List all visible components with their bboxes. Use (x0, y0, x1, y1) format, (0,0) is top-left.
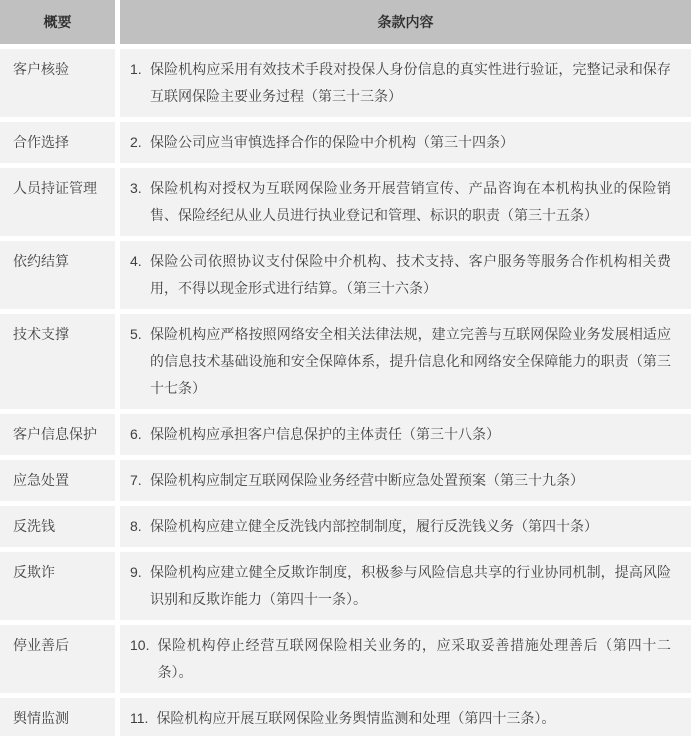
content-cell: 9. 保险机构应建立健全反欺诈制度，积极参与风险信息共享的行业协同机制，提高风险… (120, 552, 691, 620)
header-summary: 概要 (0, 0, 115, 44)
content-cell: 6. 保险机构应承担客户信息保护的主体责任（第三十八条） (120, 414, 691, 455)
content-cell: 11. 保险机构应开展互联网保险业务舆情监测和处理（第四十三条）。 (120, 698, 691, 736)
item-text: 保险公司应当审慎选择合作的保险中介机构（第三十四条） (150, 129, 671, 156)
table-header-row: 概要 条款内容 (0, 0, 691, 44)
table-row: 客户信息保护 6. 保险机构应承担客户信息保护的主体责任（第三十八条） (0, 414, 691, 455)
summary-cell: 合作选择 (0, 122, 115, 163)
item-text: 保险公司依照协议支付保险中介机构、技术支持、客户服务等服务合作机构相关费用，不得… (150, 248, 671, 302)
summary-cell: 人员持证管理 (0, 168, 115, 236)
header-content: 条款内容 (120, 0, 691, 44)
item-number: 11. (130, 705, 148, 732)
item-number: 4. (130, 248, 142, 275)
item-number: 1. (130, 56, 142, 83)
item-number: 10. (130, 632, 149, 659)
summary-cell: 客户核验 (0, 49, 115, 117)
item-text: 保险机构应严格按照网络安全相关法律法规，建立完善与互联网保险业务发展相适应的信息… (150, 321, 671, 402)
table-row: 合作选择 2. 保险公司应当审慎选择合作的保险中介机构（第三十四条） (0, 122, 691, 163)
item-text: 保险机构停止经营互联网保险相关业务的，应采取妥善措施处理善后（第四十二条）。 (157, 632, 671, 686)
table-row: 应急处置 7. 保险机构应制定互联网保险业务经营中断应急处置预案（第三十九条） (0, 460, 691, 501)
item-text: 保险机构应承担客户信息保护的主体责任（第三十八条） (150, 421, 671, 448)
content-cell: 10. 保险机构停止经营互联网保险相关业务的，应采取妥善措施处理善后（第四十二条… (120, 625, 691, 693)
content-cell: 5. 保险机构应严格按照网络安全相关法律法规，建立完善与互联网保险业务发展相适应… (120, 314, 691, 409)
table-row: 客户核验 1. 保险机构应采用有效技术手段对投保人身份信息的真实性进行验证，完整… (0, 49, 691, 117)
summary-cell: 反洗钱 (0, 506, 115, 547)
item-text: 保险机构应建立健全反欺诈制度，积极参与风险信息共享的行业协同机制，提高风险识别和… (150, 559, 671, 613)
content-cell: 1. 保险机构应采用有效技术手段对投保人身份信息的真实性进行验证，完整记录和保存… (120, 49, 691, 117)
table-row: 反洗钱 8. 保险机构应建立健全反洗钱内部控制制度，履行反洗钱义务（第四十条） (0, 506, 691, 547)
table-row: 舆情监测 11. 保险机构应开展互联网保险业务舆情监测和处理（第四十三条）。 (0, 698, 691, 736)
table-row: 停业善后 10. 保险机构停止经营互联网保险相关业务的，应采取妥善措施处理善后（… (0, 625, 691, 693)
item-number: 5. (130, 321, 142, 348)
item-text: 保险机构对授权为互联网保险业务开展营销宣传、产品咨询在本机构执业的保险销售、保险… (150, 175, 671, 229)
item-number: 9. (130, 559, 142, 586)
page: 概要 条款内容 客户核验 1. 保险机构应采用有效技术手段对投保人身份信息的真实… (0, 0, 697, 736)
item-text: 保险机构应制定互联网保险业务经营中断应急处置预案（第三十九条） (150, 467, 671, 494)
item-number: 3. (130, 175, 142, 202)
summary-cell: 应急处置 (0, 460, 115, 501)
summary-cell: 停业善后 (0, 625, 115, 693)
content-cell: 4. 保险公司依照协议支付保险中介机构、技术支持、客户服务等服务合作机构相关费用… (120, 241, 691, 309)
summary-cell: 依约结算 (0, 241, 115, 309)
table-row: 反欺诈 9. 保险机构应建立健全反欺诈制度，积极参与风险信息共享的行业协同机制，… (0, 552, 691, 620)
item-number: 8. (130, 513, 142, 540)
table-row: 技术支撑 5. 保险机构应严格按照网络安全相关法律法规，建立完善与互联网保险业务… (0, 314, 691, 409)
content-cell: 2. 保险公司应当审慎选择合作的保险中介机构（第三十四条） (120, 122, 691, 163)
summary-cell: 反欺诈 (0, 552, 115, 620)
content-cell: 7. 保险机构应制定互联网保险业务经营中断应急处置预案（第三十九条） (120, 460, 691, 501)
clause-table: 概要 条款内容 客户核验 1. 保险机构应采用有效技术手段对投保人身份信息的真实… (0, 0, 691, 736)
summary-cell: 舆情监测 (0, 698, 115, 736)
summary-cell: 客户信息保护 (0, 414, 115, 455)
item-text: 保险机构应建立健全反洗钱内部控制制度，履行反洗钱义务（第四十条） (150, 513, 671, 540)
summary-cell: 技术支撑 (0, 314, 115, 409)
item-text: 保险机构应采用有效技术手段对投保人身份信息的真实性进行验证，完整记录和保存互联网… (150, 56, 671, 110)
table-row: 依约结算 4. 保险公司依照协议支付保险中介机构、技术支持、客户服务等服务合作机… (0, 241, 691, 309)
item-number: 2. (130, 129, 142, 156)
item-text: 保险机构应开展互联网保险业务舆情监测和处理（第四十三条）。 (156, 705, 671, 732)
table-row: 人员持证管理 3. 保险机构对授权为互联网保险业务开展营销宣传、产品咨询在本机构… (0, 168, 691, 236)
content-cell: 8. 保险机构应建立健全反洗钱内部控制制度，履行反洗钱义务（第四十条） (120, 506, 691, 547)
item-number: 7. (130, 467, 142, 494)
item-number: 6. (130, 421, 142, 448)
content-cell: 3. 保险机构对授权为互联网保险业务开展营销宣传、产品咨询在本机构执业的保险销售… (120, 168, 691, 236)
